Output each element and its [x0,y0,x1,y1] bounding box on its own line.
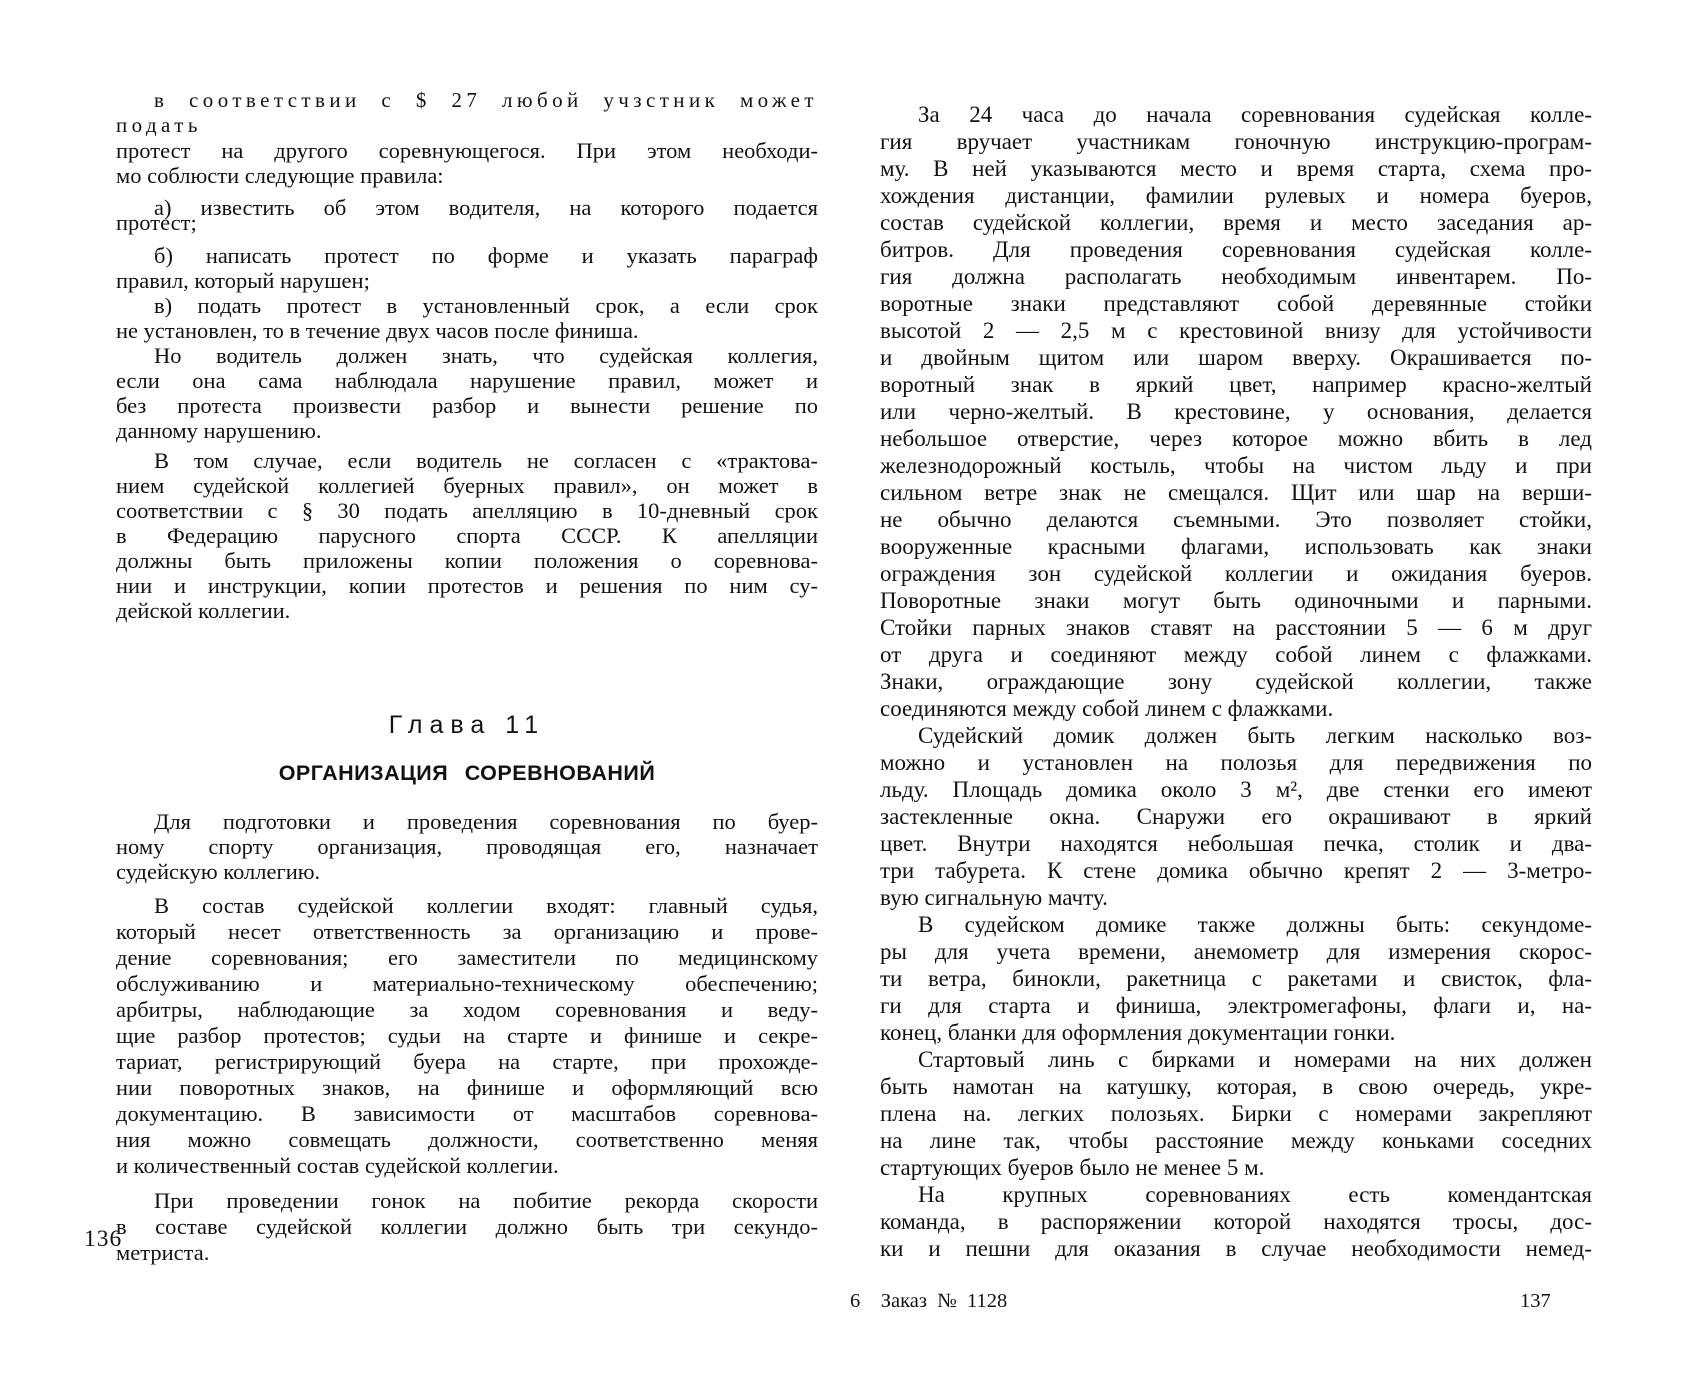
text-line: Судейский домик должен быть легким наско… [880,722,1592,749]
text-line: ти ветра, бинокли, ракетница с ракетами … [880,965,1592,992]
text-line: быть намотан на катушку, которая, в свою… [880,1073,1592,1100]
text-line: тариат, регистрирующий буера на старте, … [116,1049,818,1075]
text-line: в соответствии с $ 27 любой учзстник мож… [116,88,818,138]
text-line: и количественный состав судейской коллег… [116,1153,818,1179]
paragraph-appeal: В том случае, если водитель не согласен … [116,448,818,623]
text-line: конец, бланки для оформления документаци… [880,1019,1592,1046]
text-line: Поворотные знаки могут быть одиночными и… [880,587,1592,614]
section-heading: ОРГАНИЗАЦИЯ СОРЕВНОВАНИЙ [116,761,818,785]
text-line: хождения дистанции, фамилии рулевых и но… [880,182,1592,209]
paragraph-start-line: Стартовый линь с бирками и номерами на н… [880,1046,1592,1181]
text-line: в Федерацию парусного спорта СССР. К апе… [116,523,818,548]
text-line: если она сама наблюдала нарушение правил… [116,368,818,393]
text-line: ному спорту организация, проводящая его,… [116,834,818,859]
text-line: Стартовый линь с бирками и номерами на н… [880,1046,1592,1073]
text-line: и двойным щитом или шаром вверху. Окраши… [880,344,1592,371]
text-line: ги для старта и финиша, электромегафоны,… [880,992,1592,1019]
text-line: данному нарушению. [116,418,818,443]
text-line: мо соблюсти следующие правила: [116,163,818,188]
paragraph-race-instruction: За 24 часа до начала соревнования судейс… [880,101,1592,722]
text-line: В том случае, если водитель не согласен … [116,448,818,473]
text-line: нием судейской коллегией буерных правил»… [116,473,818,498]
paragraph-driver-should-know: Но водитель должен знать, что судейская … [116,343,818,443]
text-line: от друга и соединяют между собой линем с… [880,641,1592,668]
text-line: без протеста произвести разбор и вынести… [116,393,818,418]
text-line: При проведении гонок на побитие рекорда … [116,1188,818,1214]
paragraph-protest-rules-intro: в соответствии с $ 27 любой учзстник мож… [116,88,818,188]
text-line: в составе судейской коллегии должно быть… [116,1214,818,1240]
text-line: стартующих буеров было не менее 5 м. [880,1154,1592,1181]
text-line: судейскую коллегию. [116,859,818,884]
text-line: соединяются между собой линем с флажками… [880,695,1592,722]
text-line: плена на. легких полозьях. Бирки с номер… [880,1100,1592,1127]
text-line: вооруженные красными флагами, использова… [880,533,1592,560]
text-line: Но водитель должен знать, что судейская … [116,343,818,368]
text-line: льду. Площадь домика около 3 м², две сте… [880,776,1592,803]
text-line: Для подготовки и проведения соревнования… [116,809,818,834]
paragraph-preparation: Для подготовки и проведения соревнования… [116,809,818,884]
list-item-a: а) известить об этом водителя, на которо… [116,195,818,235]
text-line: застекленные окна. Снаружи его окрашиваю… [880,803,1592,830]
text-line: правил, который нарушен; [116,268,818,293]
right-page-text-column: За 24 часа до начала соревнования судейс… [880,101,1592,1262]
text-line: или черно-желтый. В крестовине, у основа… [880,398,1592,425]
text-line: дейской коллегии. [116,598,818,623]
text-line: битров. Для проведения соревнования суде… [880,236,1592,263]
paragraph-speed-records: При проведении гонок на побитие рекорда … [116,1188,818,1266]
paragraph-jury-composition: В состав судейской коллегии входят: глав… [116,893,818,1179]
printer-order-mark: 6 Заказ № 1128 [850,1290,1007,1313]
page-number-left: 136 [84,1226,122,1253]
text-line: дение соревнования; его заместители по м… [116,945,818,971]
text-line: гия должна располагать необходимым инвен… [880,263,1592,290]
text-line: В состав судейской коллегии входят: глав… [116,893,818,919]
text-line: арбитры, наблюдающие за ходом соревнован… [116,997,818,1023]
text-line: в) подать протест в установленный срок, … [116,293,818,318]
paragraph-commandant-team: На крупных соревнованиях есть комендантс… [880,1181,1592,1262]
paragraph-judges-cabin: Судейский домик должен быть легким наско… [880,722,1592,911]
text-line: ки и пешни для оказания в случае необход… [880,1235,1592,1262]
text-line: метриста. [116,1240,818,1266]
text-line: который несет ответственность за организ… [116,919,818,945]
text-line: можно и установлен на полозья для передв… [880,749,1592,776]
text-line: команда, в распоряжении которой находятс… [880,1208,1592,1235]
paragraph-cabin-equipment: В судейском домике также должны быть: се… [880,911,1592,1046]
text-line: на лине так, чтобы расстояние между конь… [880,1127,1592,1154]
chapter-heading: Глава 11 [116,711,818,739]
text-line: В судейском домике также должны быть: се… [880,911,1592,938]
text-line: три табурета. К стене домика обычно креп… [880,857,1592,884]
page-number-right: 137 [1520,1290,1551,1313]
text-line: должны быть приложены копии положения о … [116,548,818,573]
text-line: соответствии с § 30 подать апелляцию в 1… [116,498,818,523]
text-line: гия вручает участникам гоночную инструкц… [880,128,1592,155]
left-page-text-column: в соответствии с $ 27 любой учзстник мож… [116,88,818,1266]
text-line: а) известить об этом водителя, на которо… [116,195,818,220]
list-item-b: б) написать протест по форме и указать п… [116,243,818,293]
text-line: нии поворотных знаков, на финише и оформ… [116,1075,818,1101]
text-line: вую сигнальную мачту. [880,884,1592,911]
text-line: щие разбор протестов; судьи на старте и … [116,1023,818,1049]
text-line: цвет. Внутри находятся небольшая печка, … [880,830,1592,857]
text-line: не установлен, то в течение двух часов п… [116,318,818,343]
text-line: воротный знак в яркий цвет, например кра… [880,371,1592,398]
text-line: небольшое отверстие, через которое можно… [880,425,1592,452]
text-line: высотой 2 — 2,5 м с крестовиной внизу дл… [880,317,1592,344]
text-line: За 24 часа до начала соревнования судейс… [880,101,1592,128]
text-line: ограждения зон судейской коллегии и ожид… [880,560,1592,587]
text-line: ры для учета времени, анемометр для изме… [880,938,1592,965]
text-line: воротные знаки представляют собой деревя… [880,290,1592,317]
text-line: нии и инструкции, копии протестов и реше… [116,573,818,598]
text-line: железнодорожный костыль, чтобы на чистом… [880,452,1592,479]
text-line: состав судейской коллегии, время и место… [880,209,1592,236]
text-line: обслуживанию и материально-техническому … [116,971,818,997]
text-line: Знаки, ограждающие зону судейской коллег… [880,668,1592,695]
text-line: документацию. В зависимости от масштабов… [116,1101,818,1127]
text-line: ния можно совмещать должности, соответст… [116,1127,818,1153]
text-line: му. В ней указываются место и время стар… [880,155,1592,182]
text-line: сильном ветре знак не смещался. Щит или … [880,479,1592,506]
text-line: На крупных соревнованиях есть комендантс… [880,1181,1592,1208]
text-line: не обычно делаются съемными. Это позволя… [880,506,1592,533]
text-line: б) написать протест по форме и указать п… [116,243,818,268]
list-item-v: в) подать протест в установленный срок, … [116,293,818,343]
text-line: Стойки парных знаков ставят на расстояни… [880,614,1592,641]
text-line: протест на другого соревнующегося. При э… [116,138,818,163]
